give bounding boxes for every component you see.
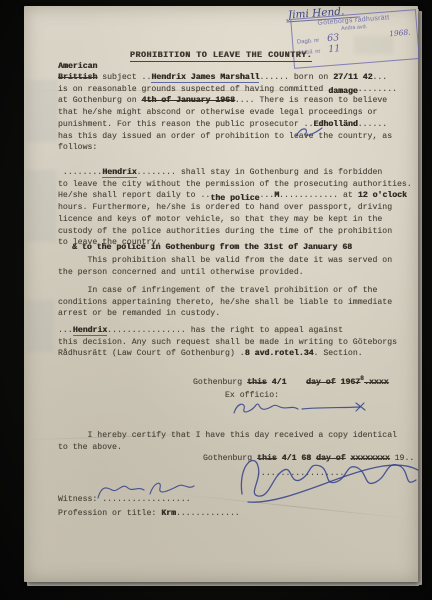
photo-background: Jimi Hend. Göteborgs rådhusrätt Andra av…	[0, 0, 432, 600]
signature-dots: ..................	[256, 468, 344, 480]
subject-paragraph: Brittish subject ..Hendrix James Marshal…	[58, 72, 397, 154]
nationality-correction: American	[58, 62, 97, 71]
date-line-2: Gothenburg this 4/1 68 day of xxxxxxxx 1…	[203, 453, 414, 465]
police-insertion-line: & to the police in Gothenburg from the 3…	[72, 243, 352, 252]
ex-officio-label: Ex officio:	[225, 390, 279, 402]
date-line-1: Gothenburg this 4/1 day of 19678.xxxx	[193, 373, 389, 389]
document-paper: Jimi Hend. Göteborgs rådhusrätt Andra av…	[24, 6, 418, 582]
document-title: PROHIBITION TO LEAVE THE COUNTRY.	[24, 44, 418, 62]
appeal-paragraph: ...Hendrix................ has the right…	[58, 325, 397, 360]
conditions-paragraph: ........Hendrix........ shall stay in Go…	[58, 167, 412, 249]
show-through-artifact	[26, 170, 56, 242]
stamp-diary-number: 63	[327, 33, 340, 43]
profession-line: Profession or title: Krm.............	[58, 508, 240, 520]
infringement-paragraph: In case of infringement of the travel pr…	[58, 285, 392, 320]
show-through-artifact	[26, 300, 54, 352]
witness-line: Witness: ..................	[58, 494, 191, 506]
certify-paragraph: I hereby certify that I have this day re…	[58, 430, 397, 453]
stamp-year: 1968.	[389, 27, 411, 39]
validity-paragraph: This prohibition shall be valid from the…	[58, 255, 392, 278]
